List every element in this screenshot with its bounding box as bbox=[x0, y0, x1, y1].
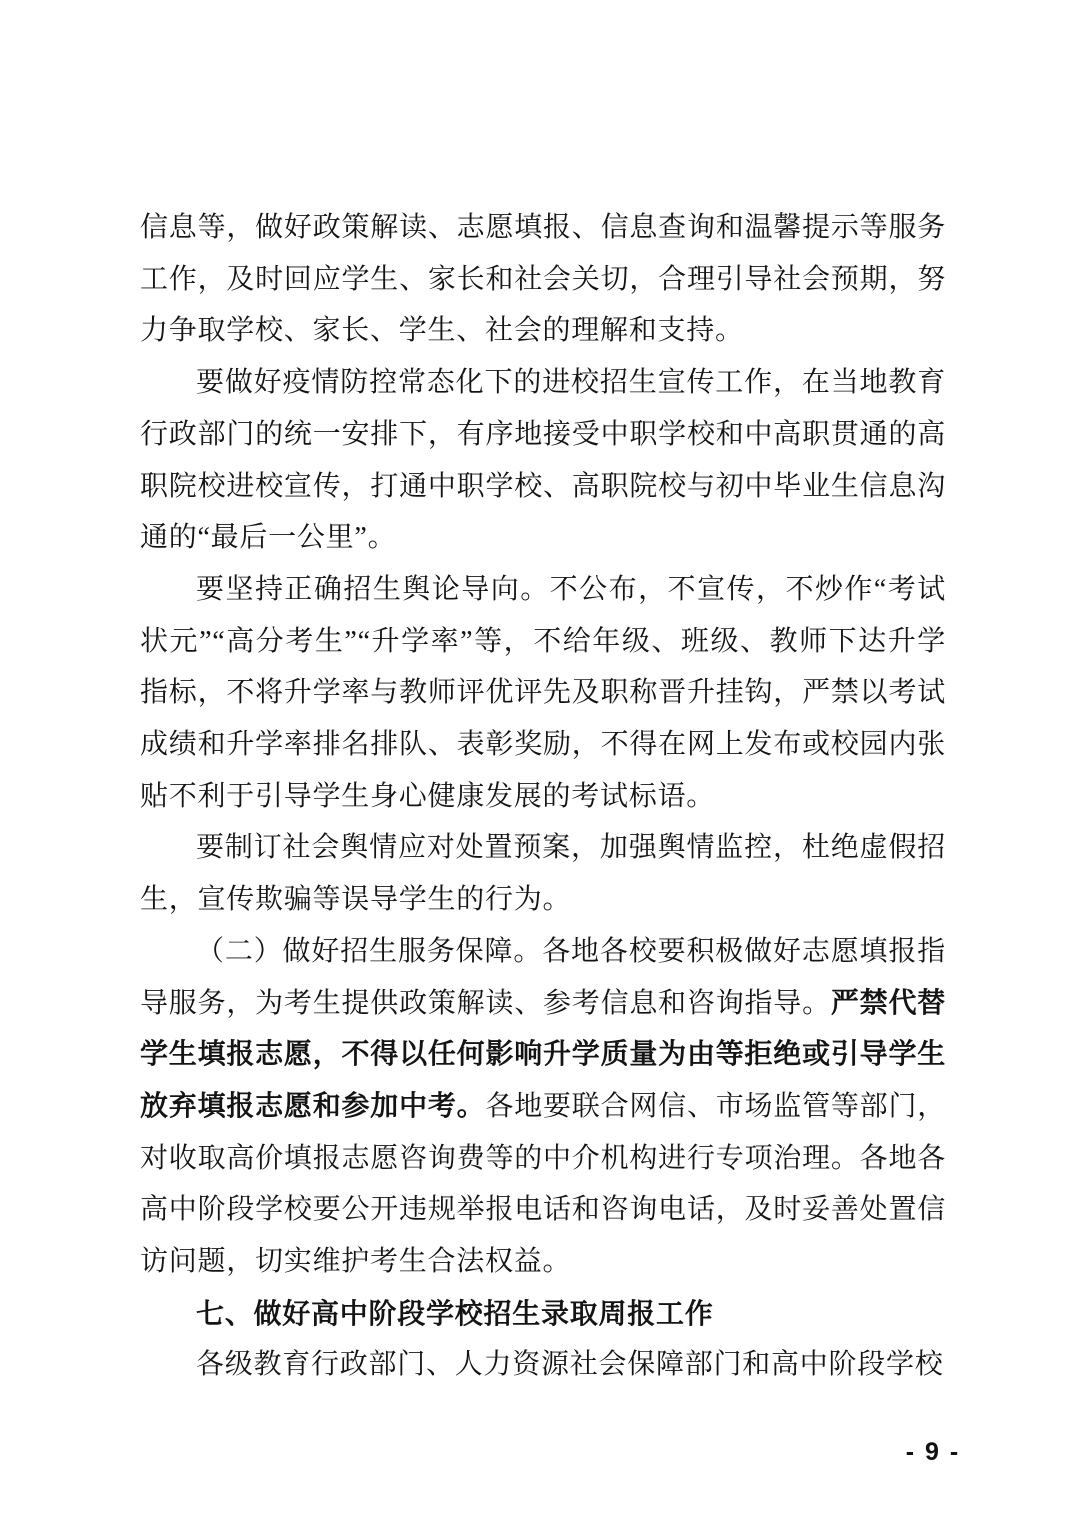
document-body: 信息等，做好政策解读、志愿填报、信息查询和温馨提示等服务工作，及时回应学生、家长… bbox=[140, 202, 946, 1391]
para-enrollment-service: （二）做好招生服务保障。各地各校要积极做好志愿填报指导服务，为考生提供政策解读、… bbox=[140, 926, 946, 1288]
para-weekly-report-text: 各级教育行政部门、人力资源社会保障部门和高中阶段学校 bbox=[196, 1349, 944, 1380]
para-service-work-text: 信息等，做好政策解读、志愿填报、信息查询和温馨提示等服务工作，及时回应学生、家长… bbox=[140, 212, 946, 346]
para-enrollment-service-text: （二）做好招生服务保障。各地各校要积极做好志愿填报指导服务，为考生提供政策解读、… bbox=[140, 936, 946, 1019]
para-epidemic-publicity: 要做好疫情防控常态化下的进校招生宣传工作，在当地教育行政部门的统一安排下，有序地… bbox=[140, 357, 946, 564]
para-emergency-plan: 要制订社会舆情应对处置预案，加强舆情监控，杜绝虚假招生，宣传欺骗等误导学生的行为… bbox=[140, 822, 946, 925]
page-number: - 9 - bbox=[878, 1438, 988, 1467]
para-service-work: 信息等，做好政策解读、志愿填报、信息查询和温馨提示等服务工作，及时回应学生、家长… bbox=[140, 202, 946, 357]
section-heading-seven: 七、做好高中阶段学校招生录取周报工作 bbox=[140, 1288, 946, 1340]
section-heading-seven-text: 七、做好高中阶段学校招生录取周报工作 bbox=[196, 1298, 714, 1329]
para-public-opinion-text: 要坚持正确招生舆论导向。不公布，不宣传，不炒作“考试状元”“高分考生”“升学率”… bbox=[140, 574, 946, 812]
para-emergency-plan-text: 要制订社会舆情应对处置预案，加强舆情监控，杜绝虚假招生，宣传欺骗等误导学生的行为… bbox=[140, 832, 946, 915]
para-public-opinion: 要坚持正确招生舆论导向。不公布，不宣传，不炒作“考试状元”“高分考生”“升学率”… bbox=[140, 564, 946, 823]
document-page: 信息等，做好政策解读、志愿填报、信息查询和温馨提示等服务工作，及时回应学生、家长… bbox=[0, 0, 1080, 1539]
para-epidemic-publicity-text: 要做好疫情防控常态化下的进校招生宣传工作，在当地教育行政部门的统一安排下，有序地… bbox=[140, 367, 946, 553]
para-weekly-report: 各级教育行政部门、人力资源社会保障部门和高中阶段学校 bbox=[140, 1339, 946, 1391]
